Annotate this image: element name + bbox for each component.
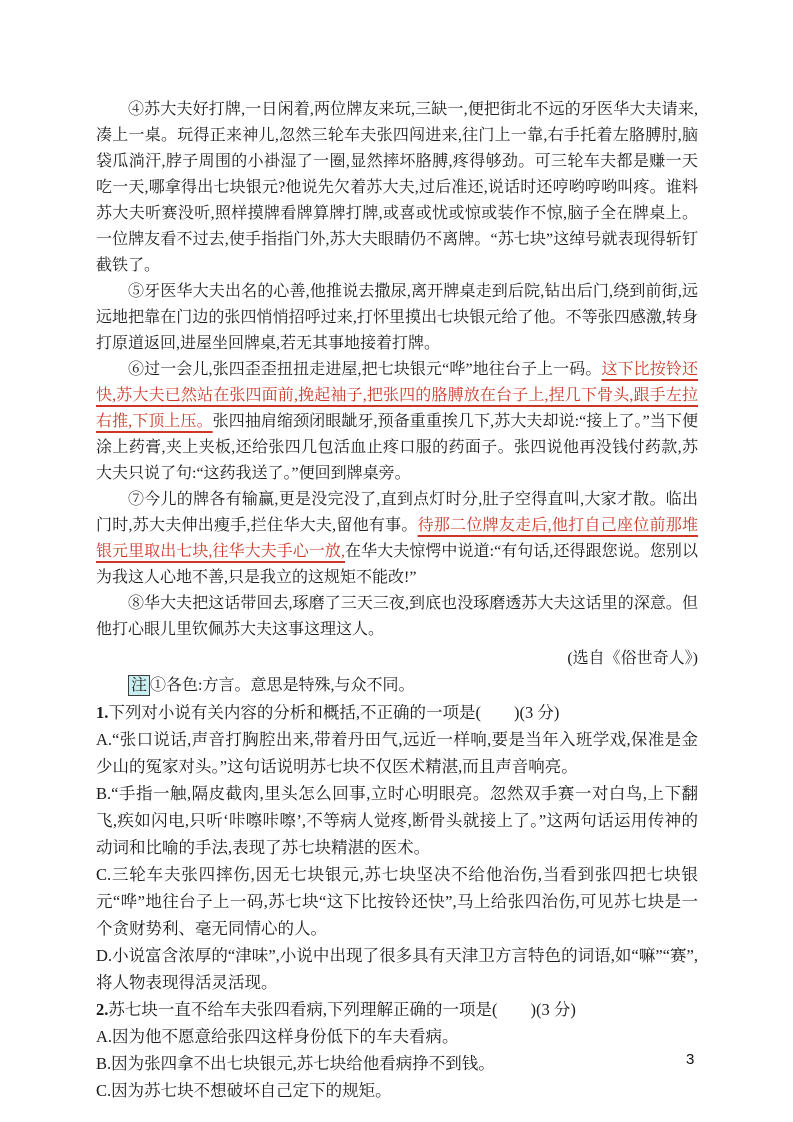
passage-paragraph: ⑥过一会儿,张四歪歪扭扭走进屋,把七块银元“哗”地往台子上一码。这下比按铃还快,… bbox=[96, 357, 698, 487]
question-2-option-a: A.因为他不愿意给张四这样身份低下的车夫看病。 bbox=[96, 1023, 698, 1050]
passage-paragraph: ④苏大夫好打牌,一日闲着,两位牌友来玩,三缺一,便把街北不远的牙医华大夫请来,凑… bbox=[96, 97, 698, 279]
questions-section: 1.下列对小说有关内容的分析和概括,不正确的一项是( )(3 分) A.“张口说… bbox=[96, 699, 698, 1104]
note-line: 注①各色:方言。意思是特殊,与众不同。 bbox=[96, 672, 698, 699]
page-number: 3 bbox=[686, 1051, 694, 1068]
question-1-option-d: D.小说富含浓厚的“津味”,小说中出现了很多具有天津卫方言特色的词语,如“嘛”“… bbox=[96, 942, 698, 996]
question-2-stem: 2.苏七块一直不给车夫张四看病,下列理解正确的一项是( )(3 分) bbox=[96, 996, 698, 1023]
passage-text: ⑧华大夫把这话带回去,琢磨了三天三夜,到底也没琢磨透苏大夫这话里的深意。但他打心… bbox=[96, 595, 698, 638]
question-2-option-b: B.因为张四拿不出七块银元,苏七块给他看病挣不到钱。 bbox=[96, 1050, 698, 1077]
note-text: ①各色:方言。意思是特殊,与众不同。 bbox=[150, 677, 414, 694]
passage-paragraph: ⑤牙医华大夫出名的心善,他推说去撒尿,离开牌桌走到后院,钻出后门,绕到前街,远远… bbox=[96, 279, 698, 357]
question-1: 1.下列对小说有关内容的分析和概括,不正确的一项是( )(3 分) A.“张口说… bbox=[96, 699, 698, 996]
question-1-option-a: A.“张口说话,声音打胸腔出来,带着丹田气,远近一样响,要是当年入班学戏,保准是… bbox=[96, 726, 698, 780]
question-1-number: 1. bbox=[96, 703, 108, 722]
passage-text: ⑥过一会儿,张四歪歪扭扭走进屋,把七块银元“哗”地往台子上一码。 bbox=[128, 361, 601, 378]
question-2-stem-text: 苏七块一直不给车夫张四看病,下列理解正确的一项是( )(3 分) bbox=[108, 1000, 575, 1019]
question-2: 2.苏七块一直不给车夫张四看病,下列理解正确的一项是( )(3 分) A.因为他… bbox=[96, 996, 698, 1104]
question-1-option-c: C.三轮车夫张四摔伤,因无七块银元,苏七块坚决不给他治伤,当看到张四把七块银元“… bbox=[96, 861, 698, 942]
passage-text: ⑤牙医华大夫出名的心善,他推说去撒尿,离开牌桌走到后院,钻出后门,绕到前街,远远… bbox=[96, 283, 698, 352]
document-page: ④苏大夫好打牌,一日闲着,两位牌友来玩,三缺一,便把街北不远的牙医华大夫请来,凑… bbox=[0, 0, 793, 1122]
page-content: ④苏大夫好打牌,一日闲着,两位牌友来玩,三缺一,便把街北不远的牙医华大夫请来,凑… bbox=[96, 97, 698, 1104]
question-1-stem-text: 下列对小说有关内容的分析和概括,不正确的一项是( )(3 分) bbox=[108, 703, 559, 722]
note-badge: 注 bbox=[128, 675, 150, 696]
passage-text: ④苏大夫好打牌,一日闲着,两位牌友来玩,三缺一,便把街北不远的牙医华大夫请来,凑… bbox=[96, 101, 698, 274]
question-2-option-c: C.因为苏七块不想破坏自己定下的规矩。 bbox=[96, 1077, 698, 1104]
passage-paragraph: ⑦今儿的牌各有输赢,更是没完没了,直到点灯时分,肚子空得直叫,大家才散。临出门时… bbox=[96, 487, 698, 591]
question-1-option-b: B.“手指一触,隔皮截肉,里头怎么回事,立时心明眼亮。忽然双手赛一对白鸟,上下翻… bbox=[96, 780, 698, 861]
question-2-number: 2. bbox=[96, 1000, 108, 1019]
passage-paragraph: ⑧华大夫把这话带回去,琢磨了三天三夜,到底也没琢磨透苏大夫这话里的深意。但他打心… bbox=[96, 591, 698, 643]
source-attribution: (选自《俗世奇人》) bbox=[96, 645, 698, 672]
passage-section: ④苏大夫好打牌,一日闲着,两位牌友来玩,三缺一,便把街北不远的牙医华大夫请来,凑… bbox=[96, 97, 698, 643]
question-1-stem: 1.下列对小说有关内容的分析和概括,不正确的一项是( )(3 分) bbox=[96, 699, 698, 726]
